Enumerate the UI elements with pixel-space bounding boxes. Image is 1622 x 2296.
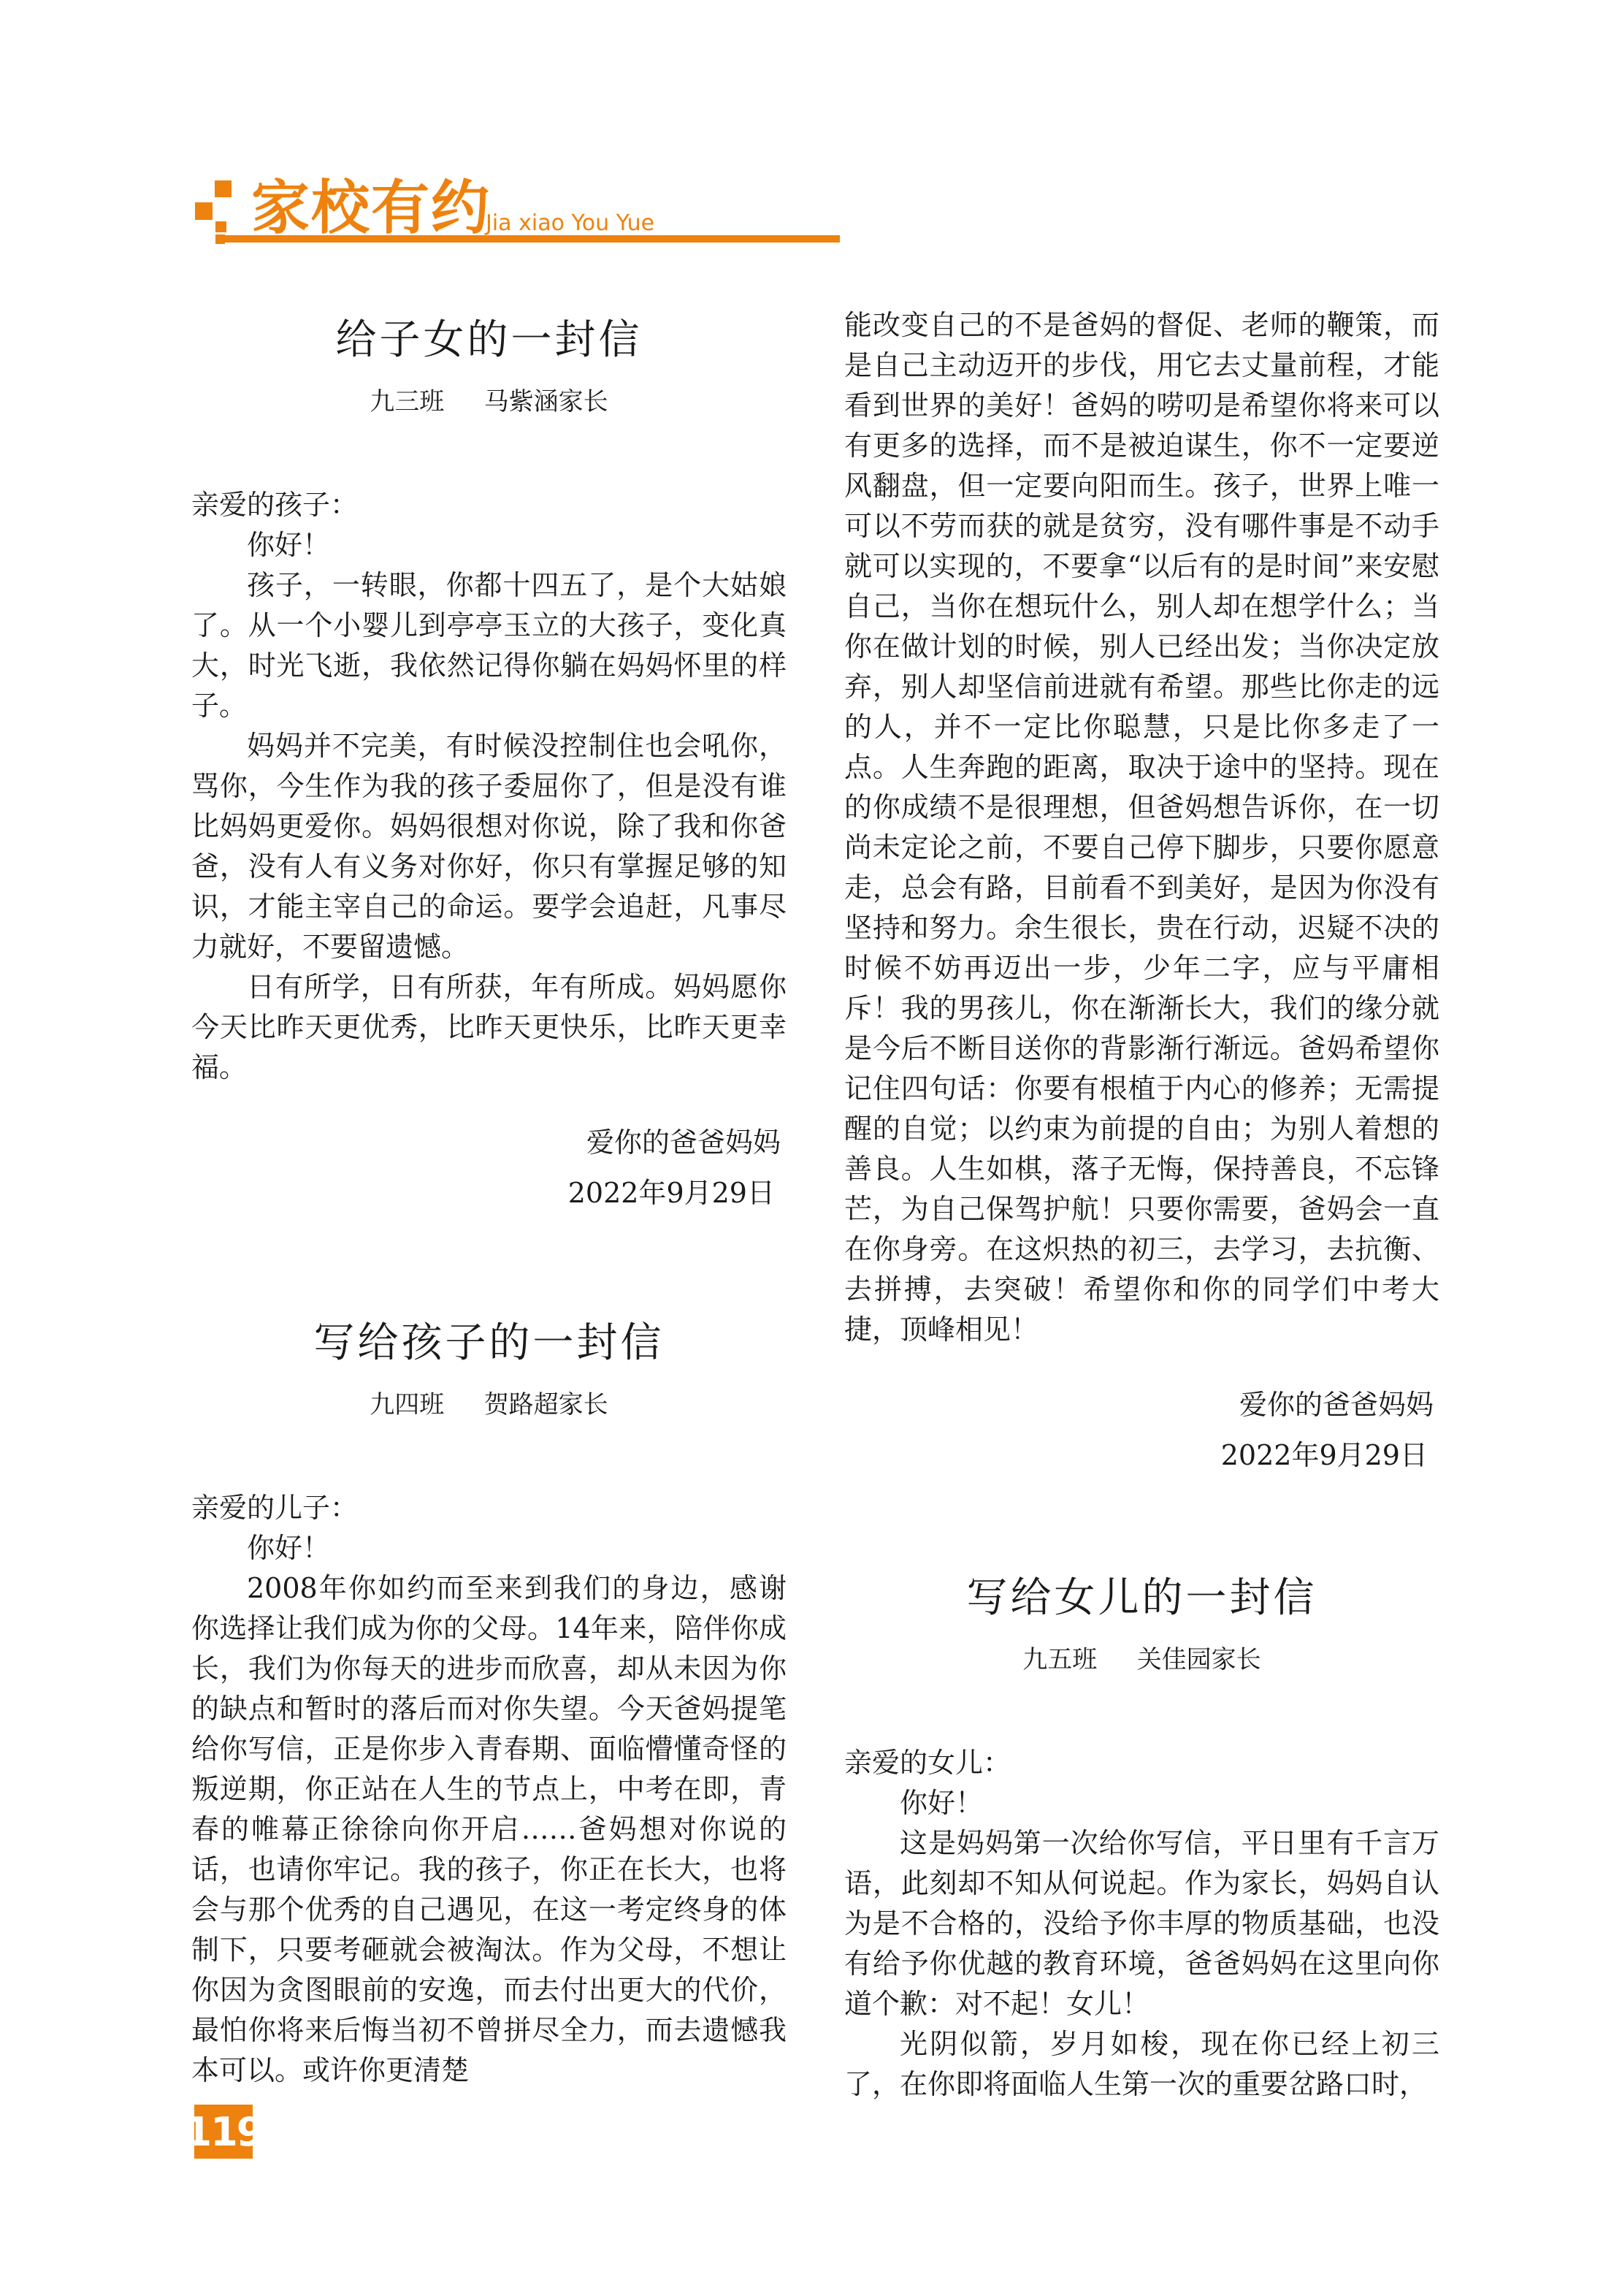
magazine-page: 家校有约 Jia xiao You Yue 给子女的一封信 九三班马紫涵家长 亲… xyxy=(0,0,1622,2296)
byline-class: 九三班 xyxy=(370,387,444,416)
letter-greeting: 你好！ xyxy=(191,525,787,565)
logo-square-icon xyxy=(195,202,213,220)
logo-square-icon xyxy=(215,221,226,232)
header-rule xyxy=(216,235,840,243)
byline-class: 九四班 xyxy=(370,1390,444,1419)
letter-salutation: 亲爱的儿子： xyxy=(191,1488,787,1528)
logo-square-icon xyxy=(215,180,232,197)
article-title: 写给孩子的一封信 xyxy=(191,1317,787,1370)
byline-author: 贺路超家长 xyxy=(484,1390,608,1419)
letter-paragraph: 这是妈妈第一次给你写信，平日里有千言万语，此刻却不知从何说起。作为家长，妈妈自认… xyxy=(844,1823,1439,2024)
page-number-badge: 119 xyxy=(194,2105,253,2159)
letter-salutation: 亲爱的女儿： xyxy=(844,1743,1439,1783)
article-byline: 九四班贺路超家长 xyxy=(191,1389,787,1421)
article-byline: 九五班关佳园家长 xyxy=(844,1644,1439,1676)
letter-paragraph: 孩子，一转眼，你都十四五了，是个大姑娘了。从一个小婴儿到亭亭玉立的大孩子，变化真… xyxy=(191,565,787,726)
right-column: 能改变自己的不是爸妈的督促、老师的鞭策，而是自己主动迈开的步伐，用它去丈量前程，… xyxy=(844,305,1439,2105)
letter-paragraph: 2008年你如约而至来到我们的身边，感谢你选择让我们成为你的父母。14年来，陪伴… xyxy=(191,1568,787,2091)
byline-author: 关佳园家长 xyxy=(1137,1645,1261,1674)
letter-paragraph: 妈妈并不完美，有时候没控制住也会吼你，骂你，今生作为我的孩子委屈你了，但是没有谁… xyxy=(191,726,787,967)
article-title: 给子女的一封信 xyxy=(191,314,787,367)
letter-paragraph-continuation: 能改变自己的不是爸妈的督促、老师的鞭策，而是自己主动迈开的步伐，用它去丈量前程，… xyxy=(844,305,1439,1350)
letter-greeting: 你好！ xyxy=(844,1783,1439,1823)
section-logo-title: 家校有约 xyxy=(251,175,491,241)
letter-paragraph: 日有所学，日有所获，年有所成。妈妈愿你今天比昨天更优秀，比昨天更快乐，比昨天更幸… xyxy=(191,967,787,1088)
letter-greeting: 你好！ xyxy=(191,1528,787,1568)
letter-date: 2022年9月29日 xyxy=(844,1435,1439,1476)
letter-signature: 爱你的爸爸妈妈 xyxy=(844,1385,1439,1425)
letter-salutation: 亲爱的孩子： xyxy=(191,485,787,525)
letter-paragraph: 光阴似箭，岁月如梭，现在你已经上初三了，在你即将面临人生第一次的重要岔路口时， xyxy=(844,2024,1439,2105)
article-title: 写给女儿的一封信 xyxy=(844,1572,1439,1625)
byline-class: 九五班 xyxy=(1022,1645,1097,1674)
article-byline: 九三班马紫涵家长 xyxy=(191,386,787,418)
left-column: 给子女的一封信 九三班马紫涵家长 亲爱的孩子： 你好！ 孩子，一转眼，你都十四五… xyxy=(191,314,787,2091)
section-logo-subtitle: Jia xiao You Yue xyxy=(486,210,654,236)
letter-signature: 爱你的爸爸妈妈 xyxy=(191,1123,787,1163)
byline-author: 马紫涵家长 xyxy=(484,387,608,416)
letter-date: 2022年9月29日 xyxy=(191,1173,787,1213)
